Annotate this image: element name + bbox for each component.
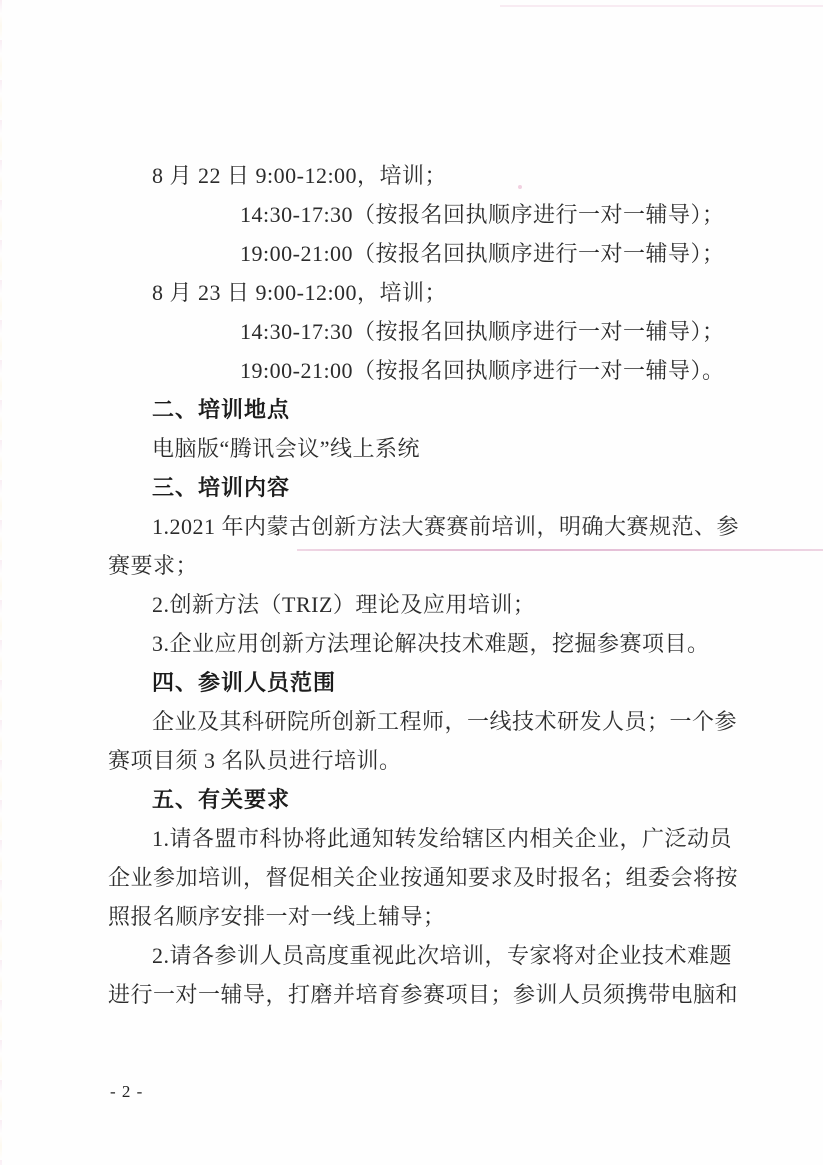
scan-artifact-left-edge: [0, 0, 2, 1165]
training-location-text: 电脑版“腾讯会议”线上系统: [108, 429, 744, 468]
document-page: 8 月 22 日 9:00-12:00，培训； 14:30-17:30（按报名回…: [0, 0, 823, 1165]
scan-artifact-speck: [518, 185, 522, 189]
requirement-1-line-2: 企业参加培训，督促相关企业按通知要求及时报名；组委会将按: [108, 858, 744, 897]
schedule-aug22-training: 8 月 22 日 9:00-12:00，培训；: [108, 156, 744, 195]
participants-line-1: 企业及其科研院所创新工程师，一线技术研发人员；一个参: [108, 702, 744, 741]
schedule-aug22-afternoon: 14:30-17:30（按报名回执顺序进行一对一辅导）；: [108, 195, 744, 234]
requirement-2-line-1: 2.请各参训人员高度重视此次培训，专家将对企业技术难题: [108, 936, 744, 975]
requirement-1-line-1: 1.请各盟市科协将此通知转发给辖区内相关企业，广泛动员: [108, 819, 744, 858]
content-item-1-line-1: 1.2021 年内蒙古创新方法大赛赛前培训，明确大赛规范、参: [108, 507, 744, 546]
schedule-aug23-evening: 19:00-21:00（按报名回执顺序进行一对一辅导）。: [108, 351, 744, 390]
scan-artifact-pink-line: [297, 549, 823, 551]
schedule-aug23-training: 8 月 23 日 9:00-12:00，培训；: [108, 273, 744, 312]
content-item-2: 2.创新方法（TRIZ）理论及应用培训；: [108, 585, 744, 624]
content-item-3: 3.企业应用创新方法理论解决技术难题，挖掘参赛项目。: [108, 624, 744, 663]
heading-training-location: 二、培训地点: [108, 390, 744, 429]
document-body: 8 月 22 日 9:00-12:00，培训； 14:30-17:30（按报名回…: [108, 156, 744, 1014]
heading-requirements: 五、有关要求: [108, 780, 744, 819]
requirement-1-line-3: 照报名顺序安排一对一线上辅导；: [108, 897, 744, 936]
content-item-1-line-2: 赛要求；: [108, 546, 744, 585]
schedule-aug23-afternoon: 14:30-17:30（按报名回执顺序进行一对一辅导）；: [108, 312, 744, 351]
heading-training-content: 三、培训内容: [108, 468, 744, 507]
participants-line-2: 赛项目须 3 名队员进行培训。: [108, 741, 744, 780]
requirement-2-line-2: 进行一对一辅导，打磨并培育参赛项目；参训人员须携带电脑和: [108, 975, 744, 1014]
heading-participants: 四、参训人员范围: [108, 663, 744, 702]
schedule-aug22-evening: 19:00-21:00（按报名回执顺序进行一对一辅导）；: [108, 234, 744, 273]
scan-artifact-top-streak: [500, 5, 823, 7]
page-number: - 2 -: [110, 1082, 143, 1102]
